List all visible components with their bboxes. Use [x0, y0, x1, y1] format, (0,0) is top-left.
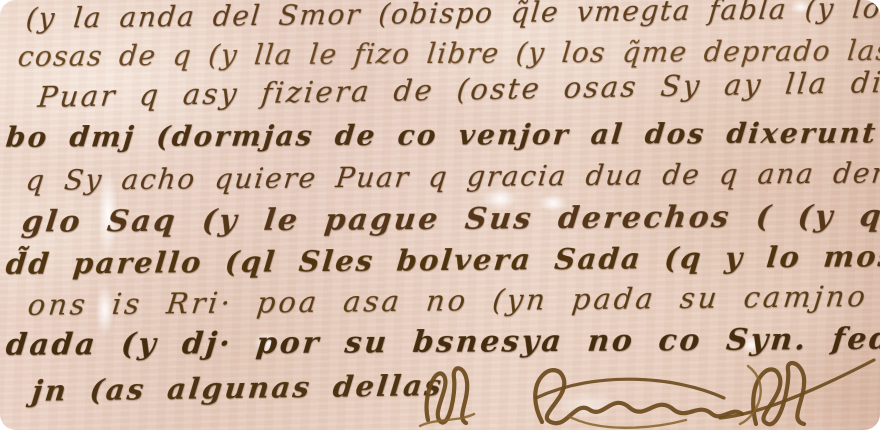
signature-rubric [418, 356, 880, 430]
manuscript-line: ons is Rri· poa asa no (yn pada su camjn… [26, 279, 880, 322]
manuscript-photo: (y la anda del Smor (obispo q̃le vmegta … [0, 0, 880, 430]
manuscript-line: d̃d parello (ql Sles bolvera Sada (q y l… [4, 238, 880, 281]
paper-damage-spot [556, 392, 620, 418]
manuscript-line: jn (as algunas dellas [30, 368, 445, 408]
manuscript-line: dada (y dj· por su bsnesya no co Syn. fe… [4, 321, 880, 363]
manuscript-line: glo Saq (y le pague Sus derechos ( (y q … [20, 197, 880, 240]
manuscript-line: q Sy acho quiere Puar q gracia dua de q … [24, 155, 880, 197]
manuscript-line: bo dmj (dormjas de co venjor al dos dixe… [4, 115, 880, 154]
manuscript-line: (y la anda del Smor (obispo q̃le vmegta … [24, 0, 880, 35]
